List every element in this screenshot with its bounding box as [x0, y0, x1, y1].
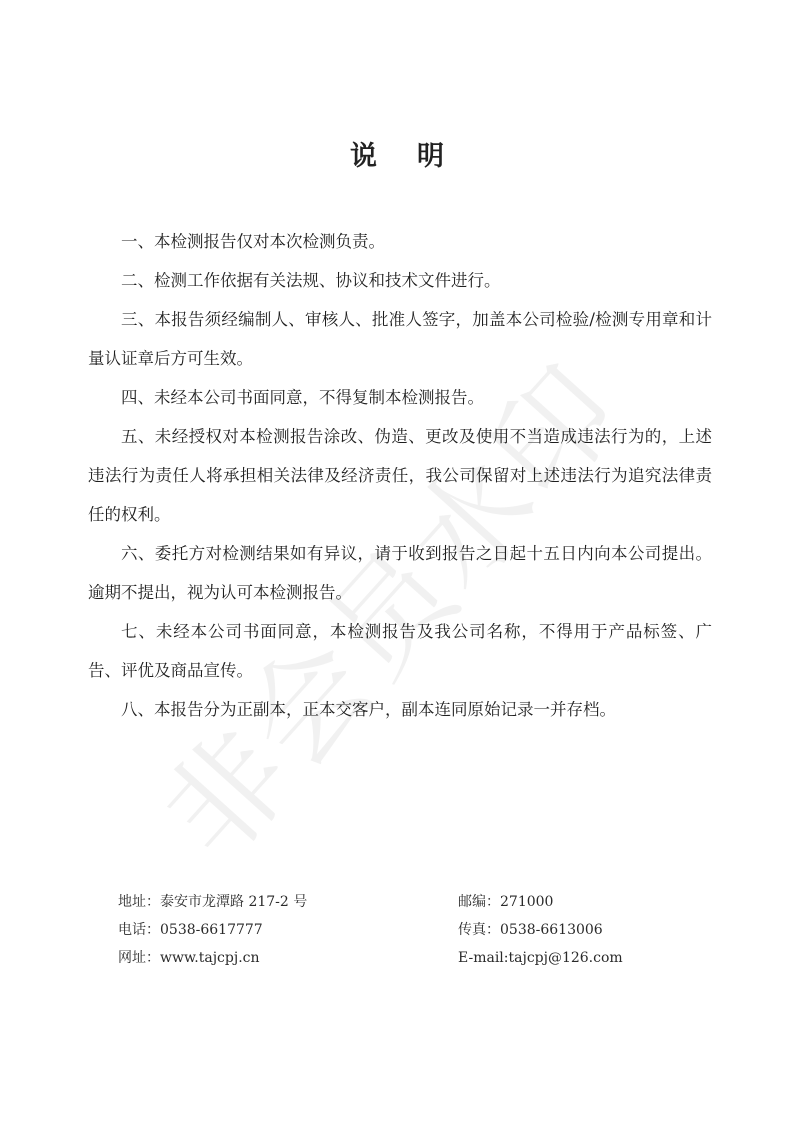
contact-footer: 地址：泰安市龙潭路 217-2 号 邮编：271000 电话：0538-6617… — [118, 888, 658, 972]
postcode: 邮编：271000 — [458, 888, 658, 916]
clause-1: 一、本检测报告仅对本次检测负责。 — [88, 222, 712, 261]
clause-6: 六、委托方对检测结果如有异议，请于收到报告之日起十五日内向本公司提出。逾期不提出… — [88, 534, 712, 612]
fax: 传真：0538-6613006 — [458, 916, 658, 944]
footer-row-2: 电话：0538-6617777 传真：0538-6613006 — [118, 916, 658, 944]
footer-row-1: 地址：泰安市龙潭路 217-2 号 邮编：271000 — [118, 888, 658, 916]
clause-4: 四、未经本公司书面同意，不得复制本检测报告。 — [88, 378, 712, 417]
document-page: 非会员水印 说明 一、本检测报告仅对本次检测负责。 二、检测工作依据有关法规、协… — [0, 0, 794, 1122]
website: 网址：www.tajcpj.cn — [118, 944, 458, 972]
page-title: 说明 — [0, 134, 794, 173]
address: 地址：泰安市龙潭路 217-2 号 — [118, 888, 458, 916]
clause-7: 七、未经本公司书面同意，本检测报告及我公司名称，不得用于产品标签、广告、评优及商… — [88, 612, 712, 690]
clause-list: 一、本检测报告仅对本次检测负责。 二、检测工作依据有关法规、协议和技术文件进行。… — [88, 222, 712, 729]
clause-2: 二、检测工作依据有关法规、协议和技术文件进行。 — [88, 261, 712, 300]
clause-5: 五、未经授权对本检测报告涂改、伪造、更改及使用不当造成违法行为的，上述违法行为责… — [88, 417, 712, 534]
phone: 电话：0538-6617777 — [118, 916, 458, 944]
email: E-mail:tajcpj@126.com — [458, 944, 658, 972]
clause-3: 三、本报告须经编制人、审核人、批准人签字，加盖本公司检验/检测专用章和计量认证章… — [88, 300, 712, 378]
clause-8: 八、本报告分为正副本，正本交客户，副本连同原始记录一并存档。 — [88, 690, 712, 729]
footer-row-3: 网址：www.tajcpj.cn E-mail:tajcpj@126.com — [118, 944, 658, 972]
